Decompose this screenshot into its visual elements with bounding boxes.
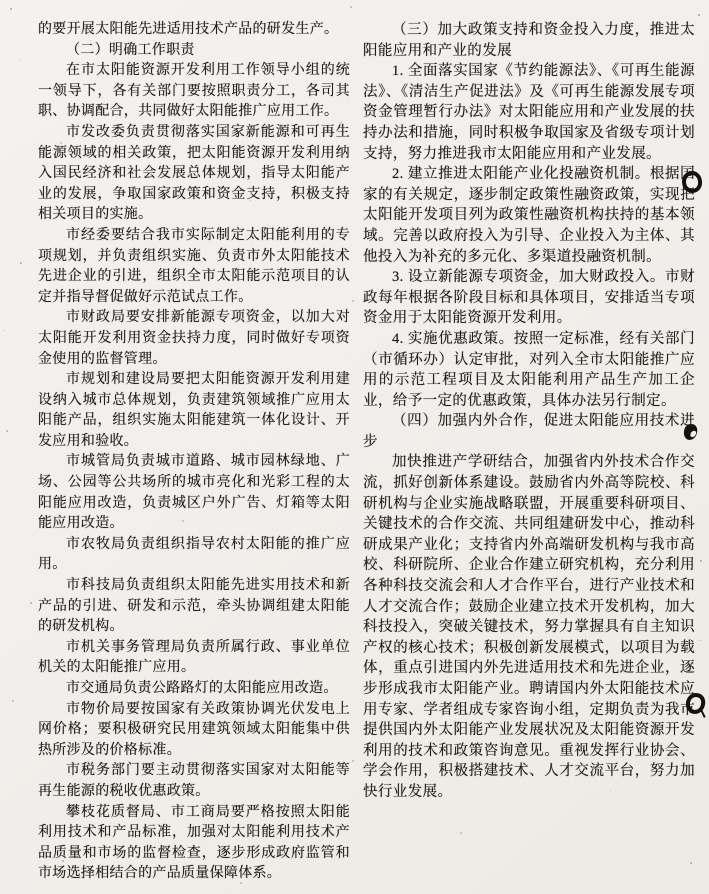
paragraph: 攀枝花质督局、市工商局要严格按照太阳能利用技术和产品标准，加强对太阳能利用技术产… <box>38 803 350 885</box>
text-column-right: （三）加大政策支持和资金投入力度，推进太阳能应用和产业的发展1. 全面落实国家《… <box>363 20 695 885</box>
text-column-left: 的要开展太阳能先进适用技术产品的研发生产。（二）明确工作职责在市太阳能资源开发利… <box>38 20 350 885</box>
paragraph: 在市太阳能资源开发利用工作领导小组的统一领导下，各有关部门要按照职责分工，各司其… <box>38 61 350 123</box>
document-body: 的要开展太阳能先进适用技术产品的研发生产。（二）明确工作职责在市太阳能资源开发利… <box>38 20 695 885</box>
paragraph: 1. 全面落实国家《节约能源法》、《可再生能源法》、《清洁生产促进法》及《可再生… <box>363 61 695 164</box>
paragraph: 3. 设立新能源专项资金，加大财政投入。市财政每年根据各阶段目标和具体项目，安排… <box>363 267 695 329</box>
paragraph: 市财政局要安排新能源专项资金，以加大对太阳能开发利用资金扶持力度，同时做好专项资… <box>38 308 350 370</box>
paragraph: 市农牧局负责组织指导农村太阳能的推广应用。 <box>38 535 350 576</box>
paragraph: 加快推进产学研结合，加强省内外技术合作交流，抓好创新体系建设。鼓励省内外高等院校… <box>363 452 695 802</box>
paragraph: 市城管局负责城市道路、城市园林绿地、广场、公园等公共场所的城市亮化和光彩工程的太… <box>38 452 350 534</box>
paragraph: （四）加强内外合作，促进太阳能应用技术进步 <box>363 411 695 452</box>
paragraph: 市交通局负责公路路灯的太阳能应用改造。 <box>38 679 350 700</box>
paragraph: 市发改委负责贯彻落实国家新能源和可再生能源领域的相关政策，把太阳能资源开发利用纳… <box>38 123 350 226</box>
paragraph: （三）加大政策支持和资金投入力度，推进太阳能应用和产业的发展 <box>363 20 695 61</box>
paragraph: 市税务部门要主动贯彻落实国家对太阳能等再生能源的税收优惠政策。 <box>38 761 350 802</box>
ink-blob-mark-middle <box>683 423 698 441</box>
paragraph: 市经委要结合我市实际制定太阳能利用的专项规划，并负责组织实施、负责市外太阳能技术… <box>38 226 350 308</box>
paragraph: （二）明确工作职责 <box>38 41 350 62</box>
scanned-document-page: 的要开展太阳能先进适用技术产品的研发生产。（二）明确工作职责在市太阳能资源开发利… <box>0 0 709 894</box>
paragraph: 市物价局要按国家有关政策协调光伏发电上网价格；要积极研究民用建筑领域太阳能集中供… <box>38 700 350 762</box>
paragraph: 市规划和建设局要把太阳能资源开发利用建设纳入城市总体规划，负责建筑领域推广应用太… <box>38 370 350 452</box>
paragraph: 4. 实施优惠政策。按照一定标准，经有关部门（市循环办）认定审批，对列入全市太阳… <box>363 329 695 411</box>
paragraph: 市机关事务管理局负责所属行政、事业单位机关的太阳能推广应用。 <box>38 638 350 679</box>
paragraph: 市科技局负责组织太阳能先进实用技术和新产品的引进、研发和示范，牵头协调组建太阳能… <box>38 576 350 638</box>
paragraph: 的要开展太阳能先进适用技术产品的研发生产。 <box>38 20 350 41</box>
paragraph: 2. 建立推进太阳能产业化投融资机制。根据国家的有关规定，逐步制定政策性融资政策… <box>363 164 695 267</box>
scan-noise-speckles <box>0 0 1 1</box>
